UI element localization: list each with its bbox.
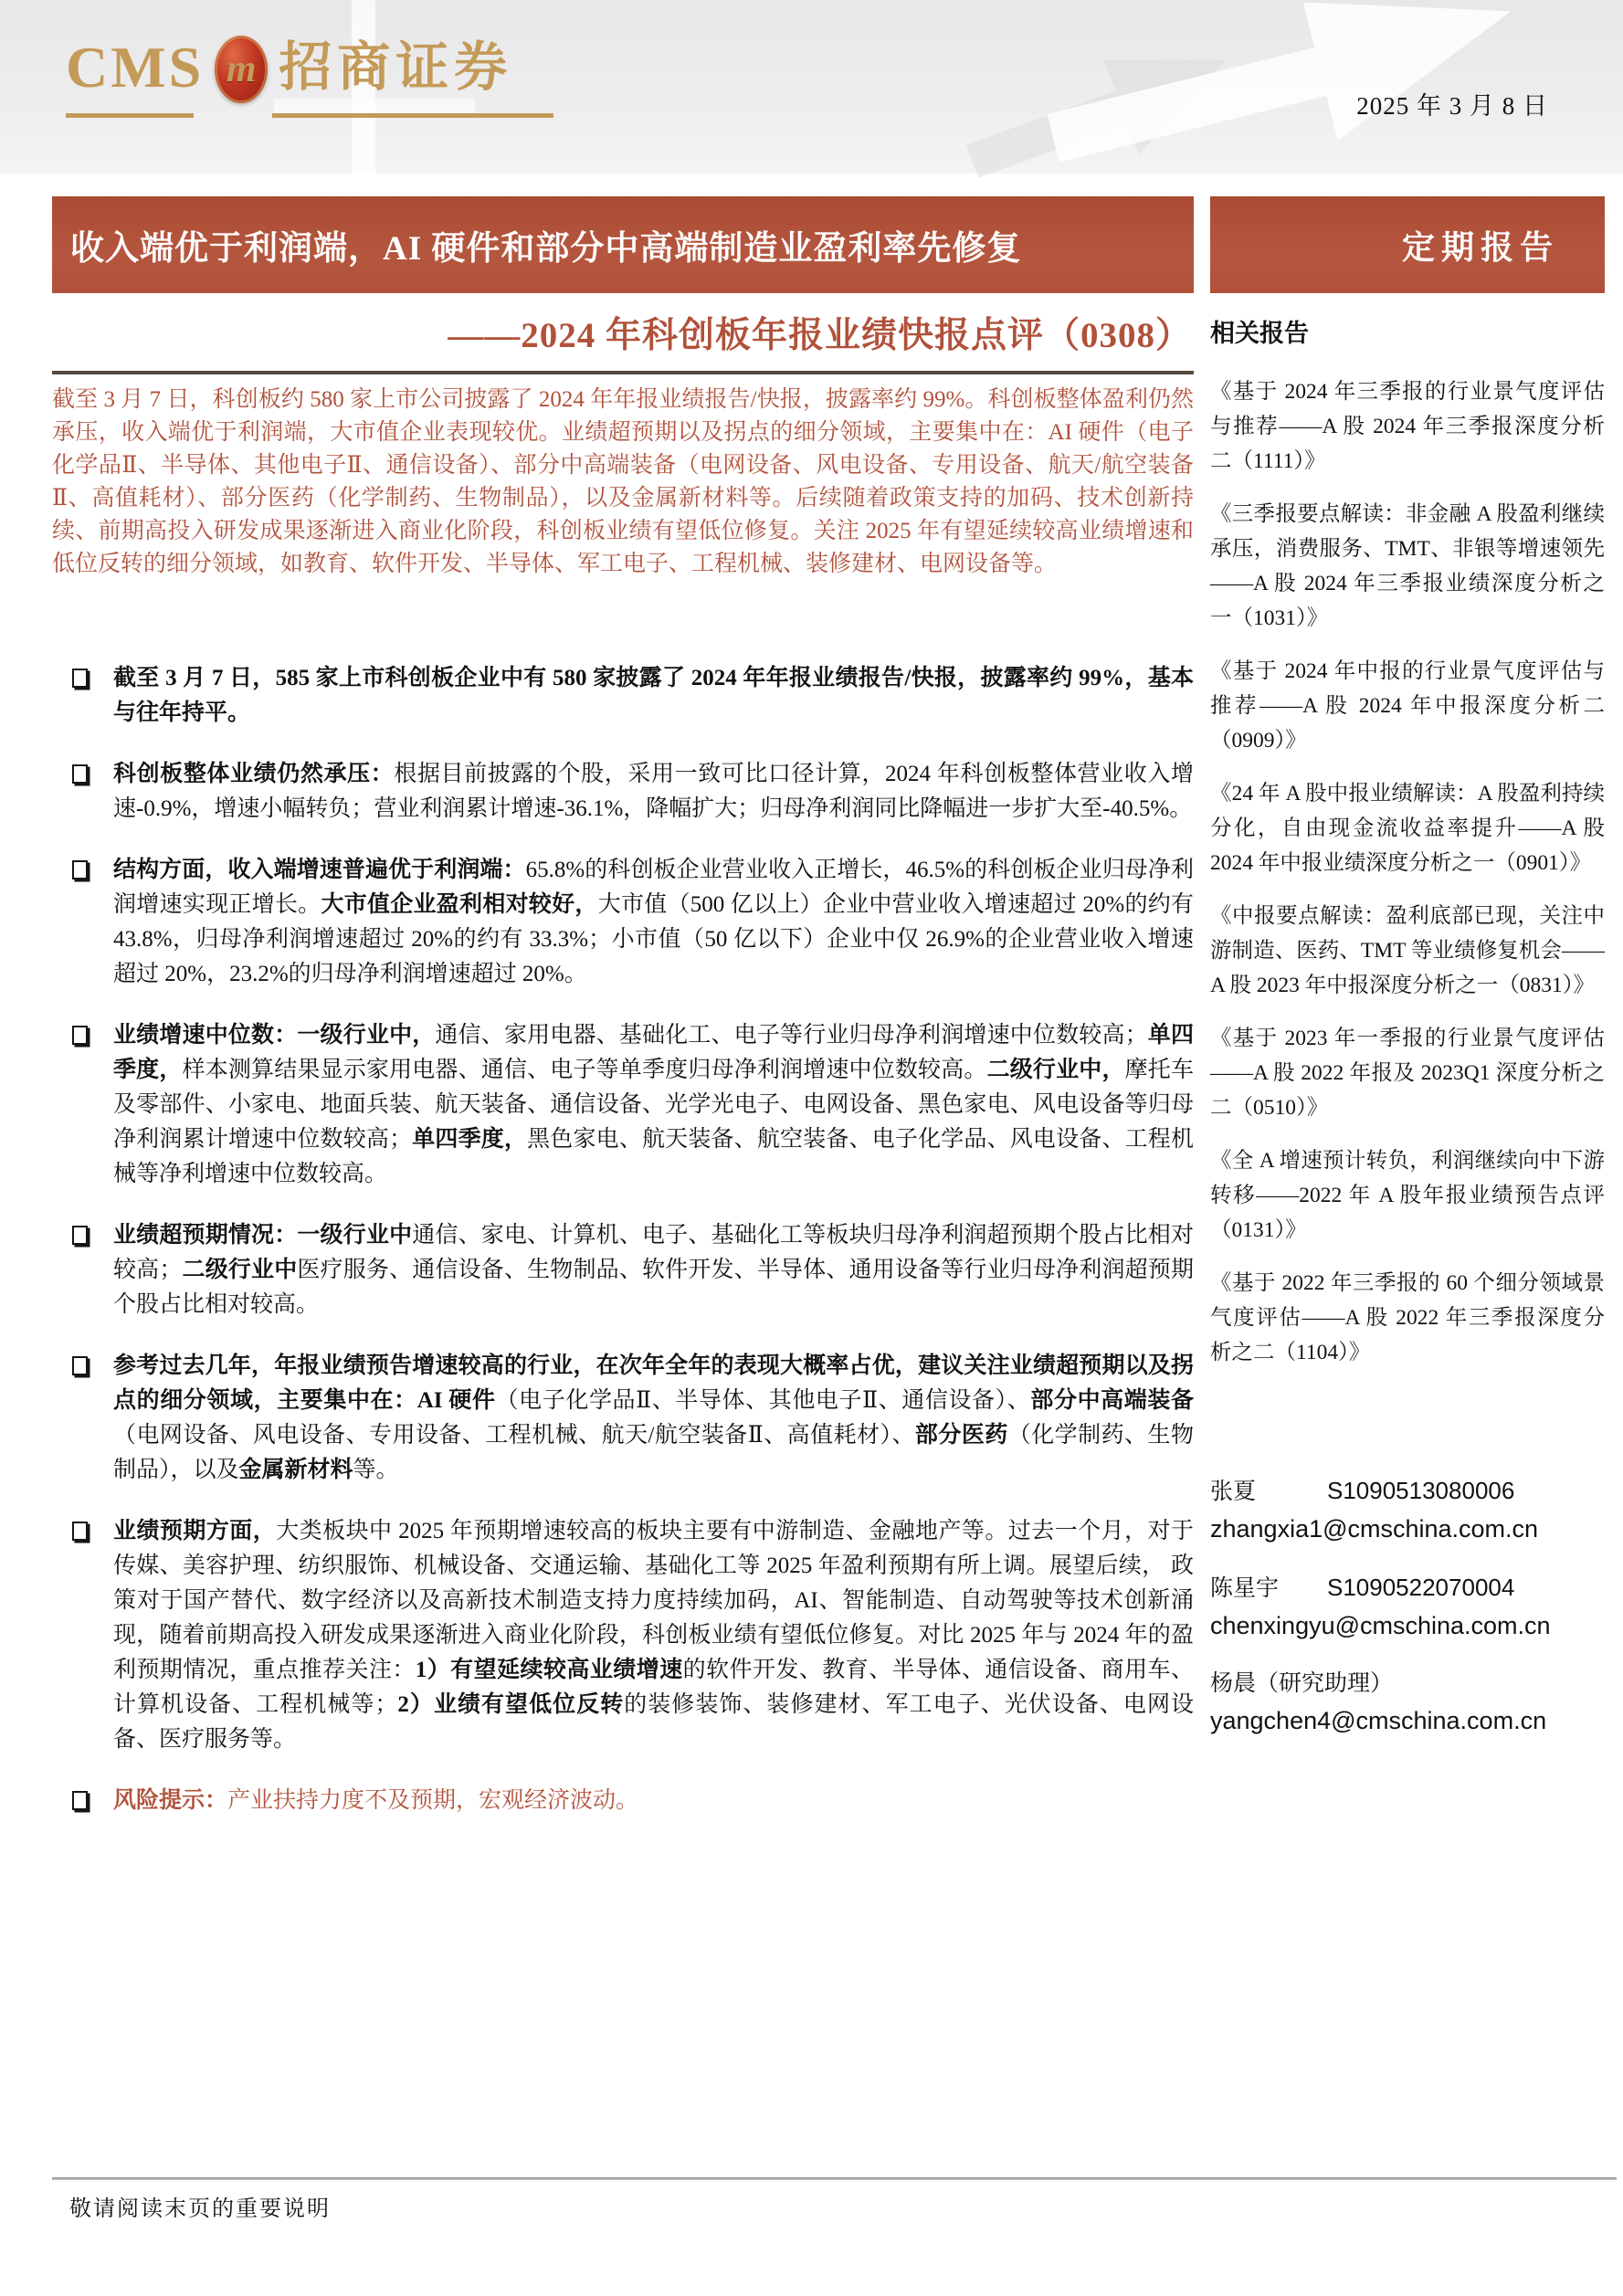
page-header: CMS m 招商证券 2025 年 3 月 8 日 [0,0,1623,174]
abstract-paragraph: 截至 3 月 7 日，科创板约 580 家上市公司披露了 2024 年年报业绩报… [52,384,1194,581]
bullet-item: 风险提示：产业扶持力度不及预期，宏观经济波动。 [52,1784,1194,1818]
watermark-arrow-icon [955,20,1250,216]
cms-logo: CMS m 招商证券 [66,31,512,104]
analyst-entry: 杨晨（研究助理） yangchen4@cmschina.com.cn [1210,1666,1605,1739]
report-subtitle: ——2024 年科创板年报业绩快报点评（0308） [52,307,1194,358]
bullet-square-icon [72,1026,88,1045]
related-report-item: 《全 A 增速预计转负，利润继续向中下游转移——2022 年 A 股年报业绩预告… [1210,1143,1605,1248]
bullet-item: 业绩超预期情况：一级行业中通信、家电、计算机、电子、基础化工等板块归母净利润超预… [52,1218,1194,1322]
title-banner: 收入端优于利润端，AI 硬件和部分中高端制造业盈利率先修复 [52,196,1194,293]
footer-divider [52,2177,1617,2180]
bullet-square-icon [72,669,88,688]
analyst-cert-id: S1090513080006 [1327,1472,1514,1509]
related-report-item: 《基于 2023 年一季报的行业景气度评估——A 股 2022 年报及 2023… [1210,1021,1605,1125]
related-report-item: 《基于 2024 年三季报的行业景气度评估与推荐——A 股 2024 年三季报深… [1210,374,1605,479]
analyst-name-row: 陈星宇 S1090522070004 [1210,1569,1605,1607]
report-date: 2025 年 3 月 8 日 [1356,86,1548,121]
analyst-name: 陈星宇 [1210,1571,1327,1607]
bullet-paragraph: 参考过去几年，年报业绩预告增速较高的行业，在次年全年的表现大概率占优，建议关注业… [113,1349,1194,1488]
analyst-block: 张夏 S1090513080006 zhangxia1@cmschina.com… [1210,1472,1605,1739]
analyst-name-row: 杨晨（研究助理） [1210,1666,1605,1702]
title-divider [52,371,1194,374]
bullet-paragraph: 业绩增速中位数：一级行业中，通信、家用电器、基础化工、电子等行业归母净利润增速中… [113,1018,1194,1192]
bullet-item: 业绩预期方面，大类板块中 2025 年预期增速较高的板块主要有中游制造、金融地产… [52,1514,1194,1757]
bullet-item: 业绩增速中位数：一级行业中，通信、家用电器、基础化工、电子等行业归母净利润增速中… [52,1018,1194,1192]
report-type-label: 定期报告 [1402,222,1605,269]
bullet-paragraph: 业绩超预期情况：一级行业中通信、家电、计算机、电子、基础化工等板块归母净利润超预… [113,1218,1194,1322]
logo-mark-glyph: m [227,50,257,89]
bullet-item: 截至 3 月 7 日，585 家上市科创板企业中有 580 家披露了 2024 … [52,661,1194,731]
bullet-square-icon [72,1522,88,1541]
analyst-entry: 张夏 S1090513080006 zhangxia1@cmschina.com… [1210,1472,1605,1547]
analyst-email: zhangxia1@cmschina.com.cn [1210,1511,1605,1547]
bullet-paragraph: 截至 3 月 7 日，585 家上市科创板企业中有 580 家披露了 2024 … [113,661,1194,731]
related-report-item: 《基于 2022 年三季报的 60 个细分领域景气度评估——A 股 2022 年… [1210,1266,1605,1370]
bullet-paragraph: 业绩预期方面，大类板块中 2025 年预期增速较高的板块主要有中游制造、金融地产… [113,1514,1194,1757]
analyst-email: yangchen4@cmschina.com.cn [1210,1702,1605,1739]
analyst-entry: 陈星宇 S1090522070004 chenxingyu@cmschina.c… [1210,1569,1605,1644]
bullet-square-icon [72,1226,88,1245]
bullet-paragraph: 结构方面，收入端增速普遍优于利润端：65.8%的科创板企业营业收入正增长，46.… [113,853,1194,992]
related-report-item: 《中报要点解读：盈利底部已现，关注中游制造、医药、TMT 等业绩修复机会——A … [1210,899,1605,1003]
logo-underline [66,113,194,118]
research-report-page: CMS m 招商证券 2025 年 3 月 8 日 收入端优于利润端，AI 硬件… [0,0,1623,2296]
related-report-item: 《24 年 A 股中报业绩解读：A 股盈利持续分化，自由现金流收益率提升——A … [1210,776,1605,880]
cms-m-mark-icon: m [215,36,268,103]
sidebar: 定期报告 相关报告 《基于 2024 年三季报的行业景气度评估与推荐——A 股 … [1210,196,1605,1739]
bullet-item: 结构方面，收入端增速普遍优于利润端：65.8%的科创板企业营业收入正增长，46.… [52,853,1194,992]
logo-brand-text: 招商证券 [279,31,512,104]
bullet-item: 科创板整体业绩仍然承压：根据目前披露的个股，采用一致可比口径计算，2024 年科… [52,757,1194,827]
bullet-square-icon [72,1791,88,1810]
related-reports-heading: 相关报告 [1210,313,1605,349]
analyst-name-row: 张夏 S1090513080006 [1210,1472,1605,1511]
analyst-cert-id: S1090522070004 [1327,1569,1514,1606]
bullet-item: 参考过去几年，年报业绩预告增速较高的行业，在次年全年的表现大概率占优，建议关注业… [52,1349,1194,1488]
analyst-name: 张夏 [1210,1474,1327,1511]
logo-cms-text: CMS [66,31,204,104]
report-type-badge: 定期报告 [1210,196,1605,293]
analyst-name: 杨晨（研究助理） [1210,1666,1393,1702]
logo-underline [272,113,553,118]
related-report-item: 《三季报要点解读：非金融 A 股盈利继续承压，消费服务、TMT、非银等增速领先—… [1210,497,1605,636]
related-report-item: 《基于 2024 年中报的行业景气度评估与推荐——A 股 2024 年中报深度分… [1210,654,1605,758]
bullet-square-icon [72,764,88,784]
bullet-paragraph: 科创板整体业绩仍然承压：根据目前披露的个股，采用一致可比口径计算，2024 年科… [113,757,1194,827]
bullet-paragraph: 风险提示：产业扶持力度不及预期，宏观经济波动。 [113,1784,1194,1818]
analyst-email: chenxingyu@cmschina.com.cn [1210,1607,1605,1644]
footer-disclaimer: 敬请阅读末页的重要说明 [69,2190,331,2222]
report-title: 收入端优于利润端，AI 硬件和部分中高端制造业盈利率先修复 [52,220,1021,269]
related-reports-list: 《基于 2024 年三季报的行业景气度评估与推荐——A 股 2024 年三季报深… [1210,374,1605,1370]
summary-bullet-list: 截至 3 月 7 日，585 家上市科创板企业中有 580 家披露了 2024 … [52,661,1194,1818]
bullet-square-icon [72,860,88,879]
bullet-square-icon [72,1356,88,1375]
